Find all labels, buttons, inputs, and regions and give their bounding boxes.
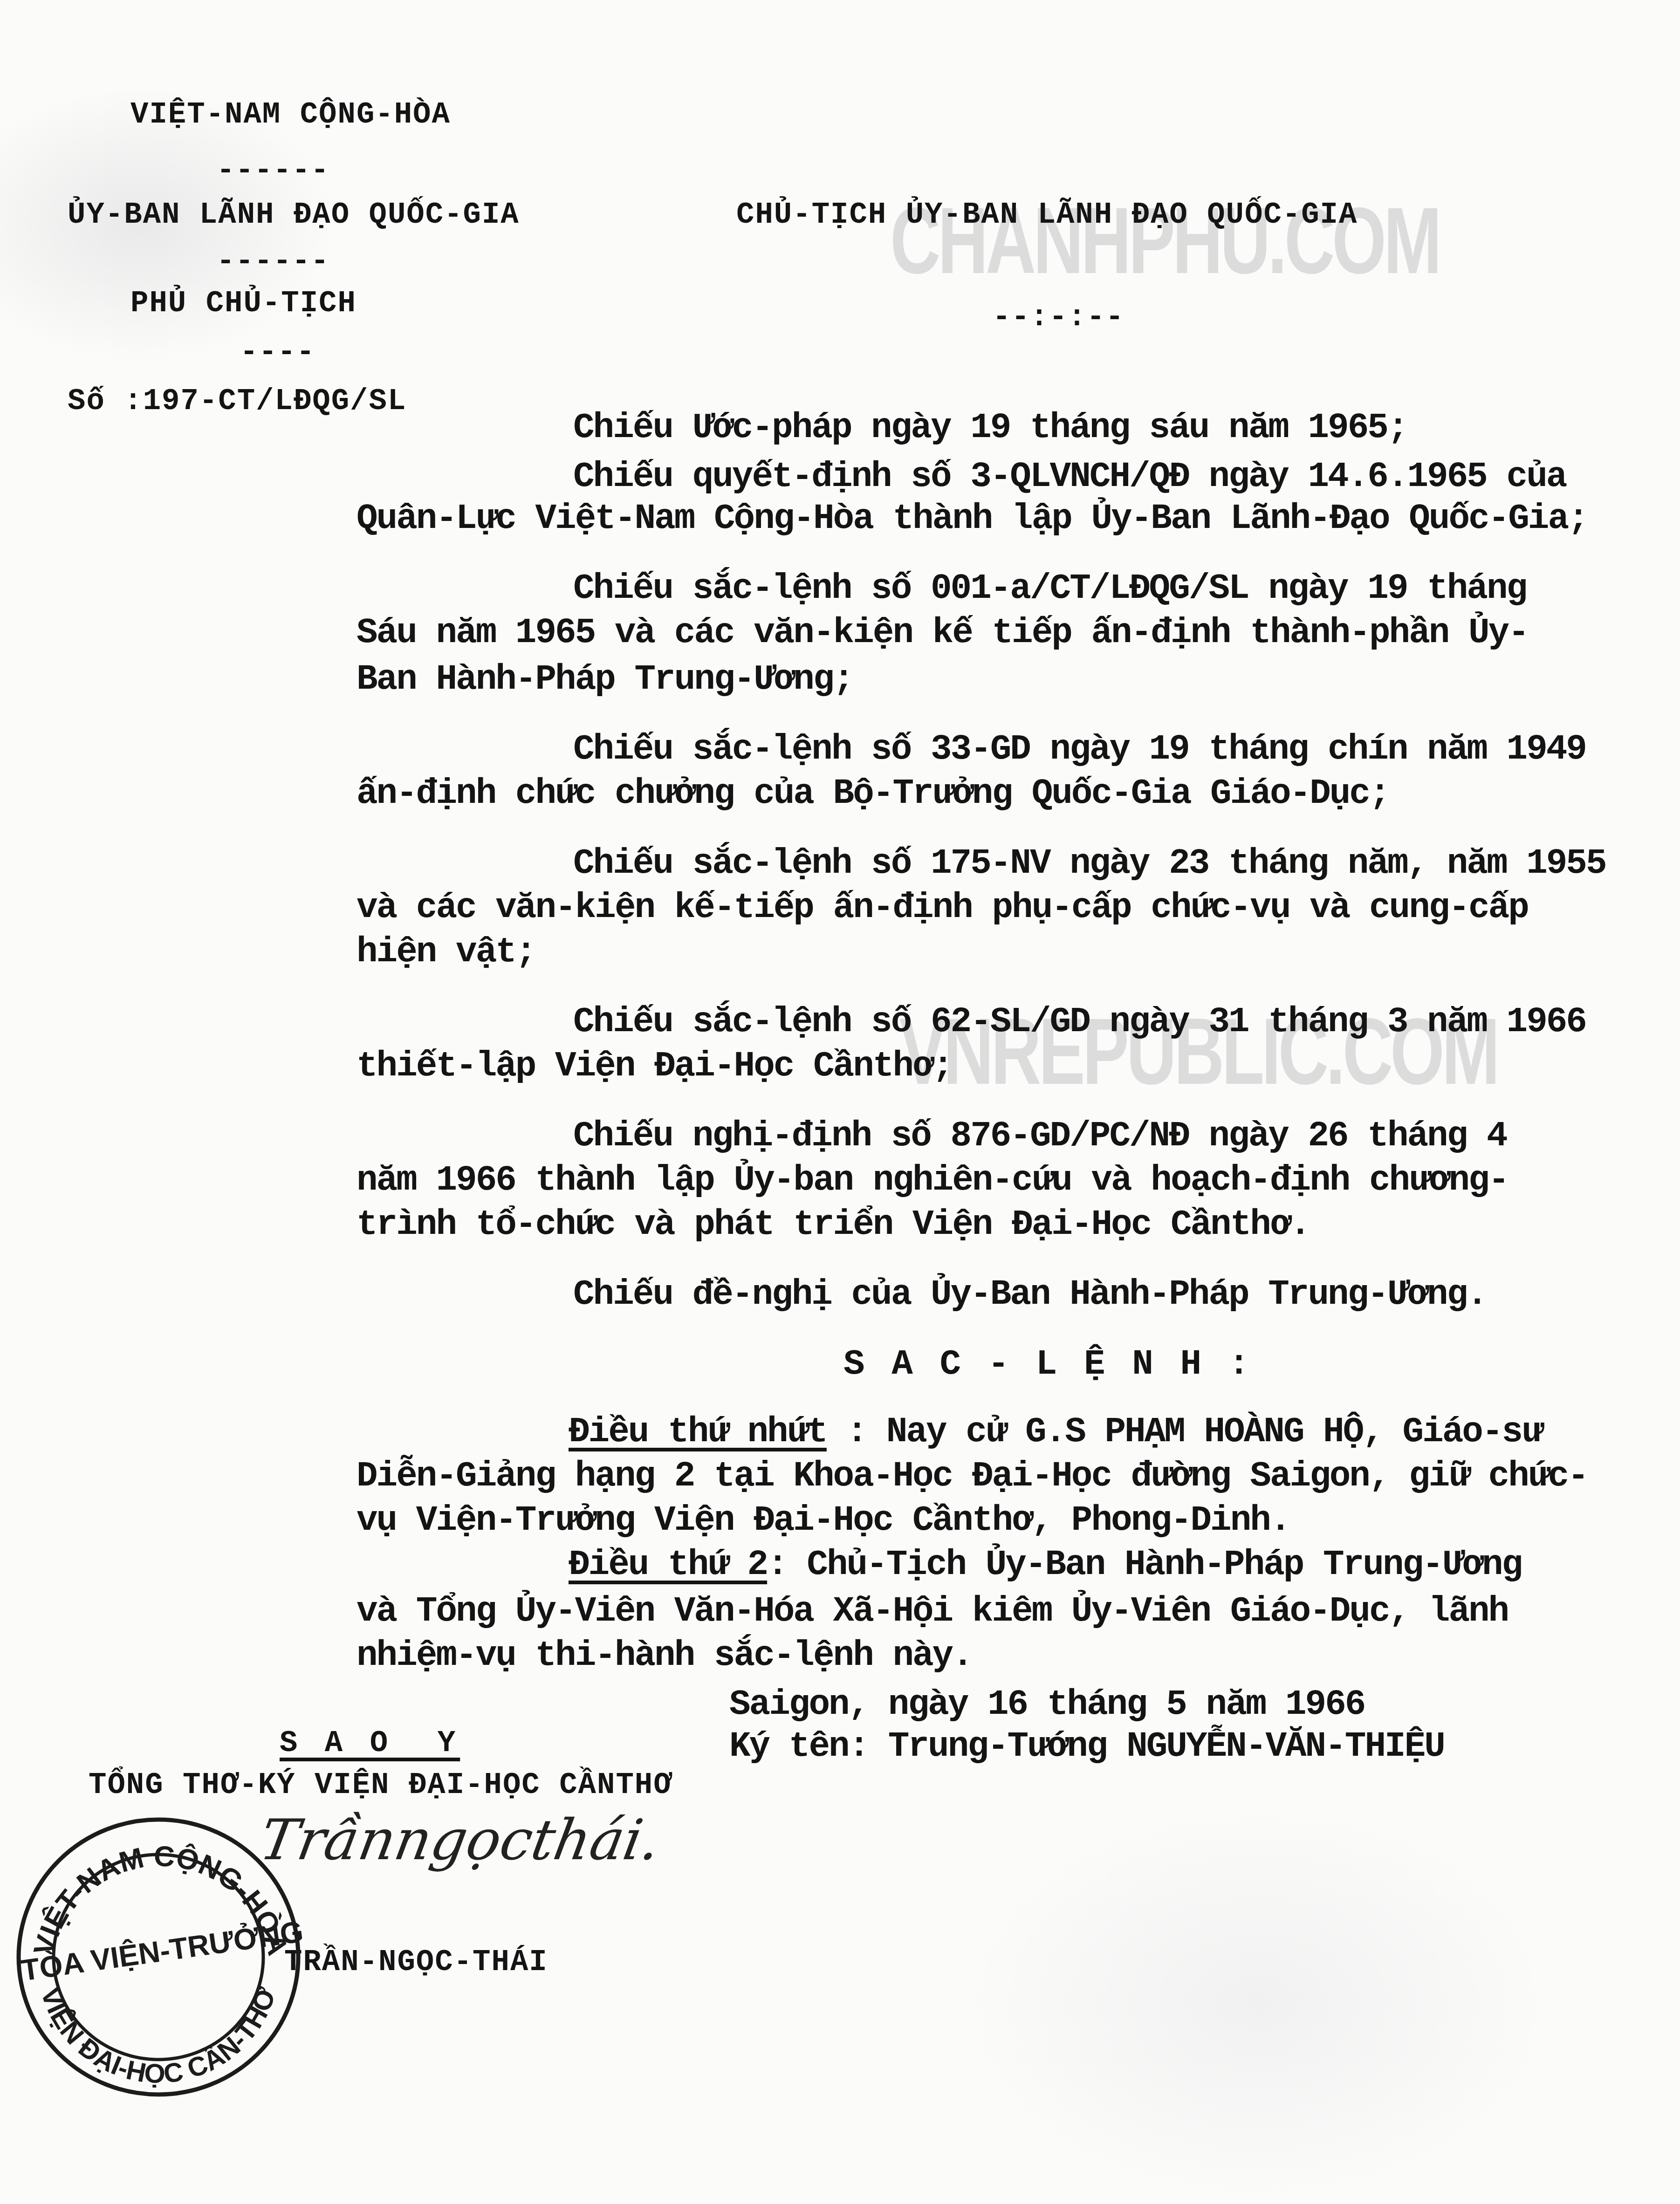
preamble-line: thiết-lập Viện Đại-Học Cầnthơ; xyxy=(357,1048,952,1084)
article-2-label: Điều thứ 2 xyxy=(569,1545,767,1585)
preamble-line: Chiếu quyết-định số 3-QLVNCH/QĐ ngày 14.… xyxy=(573,459,1566,494)
header-separator: ------ xyxy=(217,247,329,277)
preamble-line: Chiếu sắc-lệnh số 62-SL/GD ngày 31 tháng… xyxy=(573,1004,1586,1040)
place-date: Saigon, ngày 16 tháng 5 năm 1966 xyxy=(729,1687,1365,1722)
preamble-line: Chiếu sắc-lệnh số 33-GD ngày 19 tháng ch… xyxy=(573,732,1586,767)
seal-bottom-text: VIỆN ĐẠI-HỌC CẦN-THƠ xyxy=(35,1983,282,2089)
preamble-line: ấn-định chức chưởng của Bộ-Trưởng Quốc-G… xyxy=(357,776,1389,811)
article-1-label: Điều thứ nhứt xyxy=(569,1412,827,1452)
preamble-line: Sáu năm 1965 và các văn-kiện kế tiếp ấn-… xyxy=(357,615,1528,650)
article-1: Điều thứ nhứt : Nay cử G.S PHẠM HOÀNG HỘ… xyxy=(569,1414,1542,1450)
article-2-text: và Tổng Ủy-Viên Văn-Hóa Xã-Hội kiêm Ủy-V… xyxy=(357,1594,1508,1629)
signed-by: Ký tên: Trung-Tướng NGUYỄN-VĂN-THIỆU xyxy=(729,1729,1444,1764)
preamble-line: Chiếu nghị-định số 876-GD/PC/NĐ ngày 26 … xyxy=(573,1118,1507,1154)
header-separator: ---- xyxy=(240,338,315,368)
preamble-line: năm 1966 thành lập Ủy-ban nghiên-cứu và … xyxy=(357,1163,1508,1198)
header-separator: ------ xyxy=(217,156,329,186)
article-1-text: : Nay cử G.S PHẠM HOÀNG HỘ, Giáo-sư xyxy=(827,1412,1542,1452)
copy-certification-label: S A O Y xyxy=(280,1729,460,1759)
official-seal-icon: VIỆT-NAM CỘNG-HÒA VIỆN ĐẠI-HỌC CẦN-THƠ T… xyxy=(9,1808,308,2106)
copy-certifier-title: TỔNG THƠ-KÝ VIỆN ĐẠI-HỌC CẦNTHƠ xyxy=(89,1771,672,1800)
handwritten-signature: Trầnngọcthái. xyxy=(255,1808,665,1873)
svg-text:VIỆN ĐẠI-HỌC CẦN-THƠ: VIỆN ĐẠI-HỌC CẦN-THƠ xyxy=(35,1983,282,2089)
article-2-text: nhiệm-vụ thi-hành sắc-lệnh này. xyxy=(357,1638,972,1673)
certifier-name: TRẦN-NGỌC-THÁI xyxy=(284,1948,548,1978)
article-2: Điều thứ 2: Chủ-Tịch Ủy-Ban Hành-Pháp Tr… xyxy=(569,1547,1522,1582)
preamble-line: trình tổ-chức và phát triển Viện Đại-Học… xyxy=(357,1207,1310,1242)
preamble-line: Chiếu sắc-lệnh số 175-NV ngày 23 tháng n… xyxy=(573,846,1606,881)
header-country: VIỆT-NAM CỘNG-HÒA xyxy=(130,100,451,130)
preamble-line: Ban Hành-Pháp Trung-Ương; xyxy=(357,662,853,697)
preamble-line: Chiếu đề-nghị của Ủy-Ban Hành-Pháp Trung… xyxy=(573,1277,1487,1312)
header-right-separator: --:-:-- xyxy=(993,303,1125,333)
preamble-line: và các văn-kiện kế-tiếp ấn-định phụ-cấp … xyxy=(357,890,1528,925)
preamble-line: Chiếu Ước-pháp ngày 19 tháng sáu năm 196… xyxy=(573,410,1407,445)
article-2-text: : Chủ-Tịch Ủy-Ban Hành-Pháp Trung-Ương xyxy=(767,1545,1522,1585)
decree-heading: S A C - L Ệ N H : xyxy=(843,1347,1252,1382)
preamble-line: Quân-Lực Việt-Nam Cộng-Hòa thành lập Ủy-… xyxy=(357,501,1588,536)
header-office: PHỦ CHỦ-TỊCH xyxy=(130,289,357,319)
header-committee: ỦY-BAN LÃNH ĐẠO QUỐC-GIA xyxy=(68,200,520,230)
article-1-text: vụ Viện-Trưởng Viện Đại-Học Cầnthơ, Phon… xyxy=(357,1503,1290,1538)
article-1-text: Diễn-Giảng hạng 2 tại Khoa-Học Đại-Học đ… xyxy=(357,1458,1588,1494)
document-number: Số :197-CT/LĐQG/SL xyxy=(68,387,406,417)
preamble-line: hiện vật; xyxy=(357,934,535,970)
header-right-title: CHỦ-TỊCH ỦY-BAN LÃNH ĐẠO QUỐC-GIA xyxy=(736,200,1358,230)
preamble-line: Chiếu sắc-lệnh số 001-a/CT/LĐQG/SL ngày … xyxy=(573,571,1526,606)
